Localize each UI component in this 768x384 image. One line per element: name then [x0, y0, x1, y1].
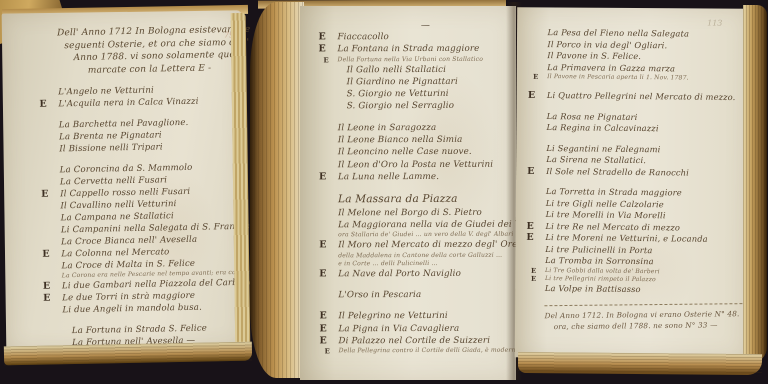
osteria-entry: ELa Nave dal Porto Naviglio — [338, 267, 514, 280]
letter-e-marker: E — [41, 189, 49, 201]
osteria-entry-text: Li tre Moreni ne Vetturini, e Locanda — [545, 232, 707, 244]
osteria-entry-text: La Torretta in Strada maggiore — [546, 186, 682, 197]
osteria-entry-text: ora Stallaria de' Giudei … un vero della… — [338, 231, 513, 239]
osteria-entry-text: La Brenta ne Pignatari — [59, 131, 162, 143]
left-page-bottom-edge — [4, 342, 252, 366]
osteria-entry: La Maggiorana nella via de Giudei dei V.… — [338, 219, 514, 232]
letter-e-marker: E — [39, 99, 47, 111]
letter-e-marker: E — [319, 171, 326, 183]
letter-e-marker: E — [319, 268, 326, 280]
right-page: 113 La Pesa del Fieno nella SalegataIl P… — [515, 7, 747, 359]
osteria-entry: EIl Pavone in Pescaria aperta li 1. Nov.… — [547, 73, 747, 83]
osteria-list-a-f: L'Angelo ne VetturiniEL'Acquila nera in … — [58, 83, 243, 349]
letter-e-marker: E — [531, 266, 536, 274]
osteria-entry-text: Il Giardino ne Pignattari — [347, 77, 458, 87]
letter-e-marker: E — [319, 311, 326, 323]
osteria-entry-text: Il Pavone in S. Felice. — [547, 50, 641, 61]
osteria-entry: EIl Pelegrino ne Vetturini — [338, 310, 514, 323]
letter-e-marker: E — [527, 165, 535, 177]
osteria-entry: EIl Sole nel Stradello de Ranocchi — [546, 166, 746, 180]
osteria-entry: EDella Pellegrina contro il Cortile dell… — [339, 347, 515, 356]
osteria-entry-text: L'Orso in Pescaria — [338, 290, 421, 300]
osteria-entry-text: Il Bissione nelli Tripari — [59, 143, 163, 155]
osteria-entry-text: Li Segantini ne Falegnami — [546, 143, 660, 154]
osteria-entry-text: Della Fortuna nella Via Urbani con Stall… — [338, 55, 483, 63]
osteria-entry-text: La Regina in Calcavinazzi — [547, 122, 659, 133]
osteria-entry-text: Li tre Re nel Mercato di mezzo — [545, 221, 680, 232]
letter-e-marker: E — [43, 281, 51, 293]
osteria-list-f-p: EFiaccacolloELa Fontana in Strada maggio… — [337, 31, 514, 356]
osteria-entry-text: Li due Angeli in mandola busa. — [62, 303, 202, 316]
letter-e-marker: E — [526, 232, 534, 244]
letter-e-marker: E — [318, 31, 325, 43]
center-page-text: — EFiaccacolloELa Fontana in Strada magg… — [337, 22, 514, 356]
letter-e-marker: E — [533, 73, 538, 81]
osteria-entry-text: e in Corte … delli Pulicinelli … — [338, 260, 437, 267]
letter-e-marker: E — [319, 323, 326, 335]
letter-e-marker: E — [531, 274, 536, 282]
osteria-entry-text: Della Pellegrina contro il Cortile delli… — [339, 347, 520, 355]
osteria-entry-text: La Volpe in Battisasso — [545, 283, 641, 294]
osteria-entry-text: La Tromba in Sorronsina — [545, 255, 654, 266]
right-page-fore-edge — [743, 5, 767, 363]
osteria-entry-text: Il Porco in via degl' Ogliari. — [547, 39, 667, 50]
osteria-entry: ELa Pigna in Via Cavagliera — [338, 322, 514, 335]
osteria-entry-text: La Pesa del Fieno nella Salegata — [548, 27, 690, 38]
osteria-entry-text: La Nave dal Porto Naviglio — [338, 269, 461, 279]
osteria-entry-text: Di Palazzo nel Cortile de Suizzeri — [339, 336, 491, 347]
osteria-entry-text: Il Leon d'Oro la Posta ne Vetturini — [338, 159, 493, 170]
osteria-entry-text: La Colonna nel Mercato — [61, 248, 169, 260]
left-page-text: Dell' Anno 1712 In Bologna esistevano le… — [57, 24, 243, 350]
osteria-entry-text: La Pigna in Via Cavagliera — [338, 323, 459, 333]
osteria-entry-text: Li tre Morelli in Via Morelli — [546, 209, 666, 220]
osteria-entry: Il Bissione nelli Tripari — [59, 140, 239, 155]
osteria-entry-text: Li tre Gigli nelle Calzolarie — [546, 198, 664, 209]
note-line: ora, che siamo dell 1788. ne sono N° 33 … — [545, 320, 753, 333]
osteria-entry-text: Il Melone nel Borgo di S. Pietro — [338, 208, 482, 219]
osteria-entry-text: Li tre Pellegrini rimpeto il Palazzo — [545, 275, 656, 283]
osteria-entry: Il Melone nel Borgo di S. Pietro — [338, 206, 514, 219]
osteria-entry-text: Il Gallo nelli Stallatici — [347, 65, 447, 75]
osteria-entry: S. Giorgio nel Serraglio — [338, 100, 514, 113]
letter-e-marker: E — [320, 335, 327, 347]
center-page-fore-edge — [250, 2, 304, 378]
right-page-text: La Pesa del Fieno nella SalegataIl Porco… — [544, 27, 747, 332]
osteria-entry: ELa Luna nelle Lamme. — [338, 171, 514, 184]
right-page-bottom-edge — [518, 352, 762, 375]
osteria-entry-text: Il Pavone in Pescaria aperta li 1. Nov. … — [547, 73, 689, 81]
osteria-entry-text: L'Acquila nera in Calca Vinazzi — [58, 97, 198, 110]
osteria-entry-text: Li Quattro Pellegrini nel Mercato di mez… — [547, 90, 736, 102]
osteria-entry: Il Leone Bianco nella Simia — [338, 134, 514, 147]
osteria-entry-text: Li Tre Gobbi dalla volta de' Barberi — [545, 267, 660, 275]
osteria-entry: Il Leoncino nelle Case nuove. — [338, 146, 514, 159]
osteria-entry: Il Leon d'Oro la Posta ne Vetturini — [338, 158, 514, 171]
letter-e-marker: E — [43, 293, 51, 305]
manuscript-book-photo: 79 Dell' Anno 1712 In Bologna esistevano… — [0, 0, 768, 384]
letter-e-marker: E — [42, 249, 50, 261]
osteria-entry-text: La Sirena ne Stallatici. — [546, 154, 646, 165]
letter-e-marker: E — [324, 56, 329, 64]
osteria-entry: La Volpe in Battisasso — [545, 283, 745, 297]
osteria-entry: ELa Fontana in Strada maggiore — [337, 43, 513, 56]
osteria-entry: Il Gallo nelli Stallatici — [338, 63, 514, 76]
osteria-entry-text: Li tre Pulicinelli in Porta — [545, 244, 652, 255]
right-page-number-mark: 113 — [707, 19, 722, 28]
osteria-entry-text: S. Giorgio ne Vetturini — [347, 89, 449, 99]
osteria-entry: L'Orso in Pescaria — [338, 289, 514, 302]
letter-e-marker: E — [318, 44, 325, 56]
center-page: — EFiaccacolloELa Fontana in Strada magg… — [300, 6, 516, 380]
osteria-entry: Il Giardino ne Pignattari — [338, 76, 514, 89]
osteria-entry: S. Giorgio ne Vetturini — [338, 88, 514, 101]
osteria-entry: EIl Moro nel Mercato di mezzo degl' Oref… — [338, 239, 514, 252]
left-page: 79 Dell' Anno 1712 In Bologna esistevano… — [2, 10, 247, 351]
osteria-entry-text: La Primavera in Gazza marza — [547, 62, 675, 73]
osteria-entry-text: La Rosa ne Pignatari — [547, 111, 638, 122]
osteria-entry-text: La Luna nelle Lamme. — [338, 172, 439, 182]
letter-e-marker: E — [528, 90, 536, 102]
osteria-entry-text: L'Angelo ne Vetturini — [58, 86, 154, 98]
osteria-entry: ELi Quattro Pellegrini nel Mercato di me… — [547, 90, 747, 104]
osteria-entry: Li due Angeli in mandola busa. — [62, 301, 242, 316]
osteria-entry: La Massara da Piazza — [338, 192, 514, 207]
osteria-entry-text: S. Giorgio nel Serraglio — [347, 101, 454, 111]
letter-e-marker: E — [319, 240, 326, 252]
osteria-entry-text: Il Leoncino nelle Case nuove. — [338, 147, 472, 157]
summary-note: Del Anno 1712. In Bologna vi erano Oster… — [544, 303, 752, 332]
osteria-entry: Il Leone in Saragozza — [338, 121, 514, 134]
osteria-entry-text: La Massara da Piazza — [338, 193, 458, 205]
osteria-entry-text: della Maddalena in Cantone della corte G… — [338, 251, 502, 259]
header-line: marcate con la Lettera E - — [58, 62, 238, 78]
osteria-entry-text: Il Leone Bianco nella Simia — [338, 135, 463, 145]
osteria-entry-text: Il Leone in Saragozza — [338, 123, 437, 133]
header-paragraph: Dell' Anno 1712 In Bologna esistevano le… — [57, 24, 238, 78]
osteria-entry-text: Il Sole nel Stradello de Ranocchi — [546, 166, 689, 177]
osteria-entry-text: Il Moro nel Mercato di mezzo degl' Orefi… — [338, 240, 531, 251]
osteria-list-p-v: La Pesa del Fieno nella SalegataIl Porco… — [545, 27, 748, 296]
osteria-entry-text: La Cervetta nelli Fusari — [60, 176, 167, 188]
letter-e-marker: E — [325, 347, 330, 355]
osteria-entry-text: Il Pelegrino ne Vetturini — [338, 311, 447, 321]
osteria-entry: EL'Acquila nera in Calca Vinazzi — [58, 95, 238, 110]
osteria-entry-text: La Fontana in Strada maggiore — [337, 44, 479, 54]
osteria-entry: EDi Palazzo nel Cortile de Suizzeri — [339, 335, 515, 348]
letter-e-marker: E — [526, 220, 534, 232]
osteria-entry-text: Fiaccacollo — [337, 32, 388, 42]
osteria-entry: EFiaccacollo — [337, 31, 513, 44]
osteria-entry: La Regina in Calcavinazzi — [547, 122, 747, 136]
